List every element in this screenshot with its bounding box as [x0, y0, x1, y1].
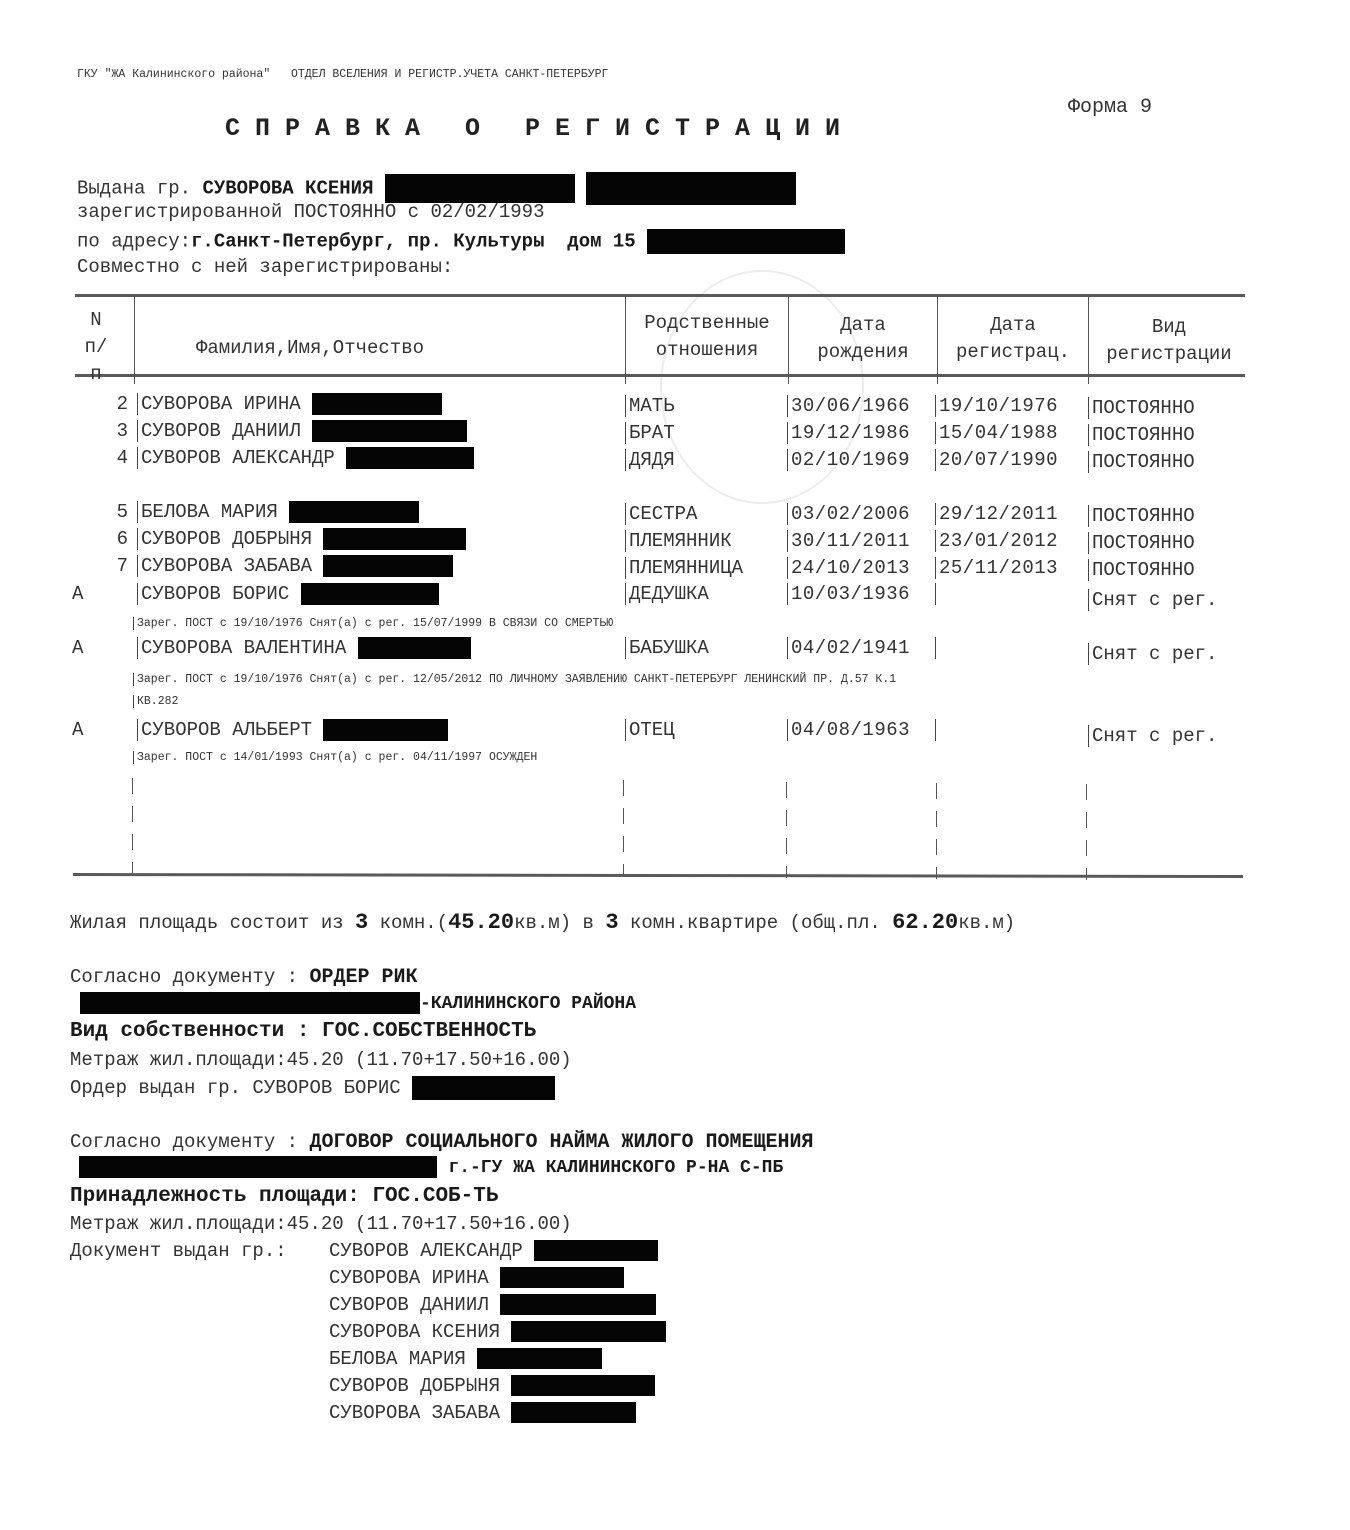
- row-reg-type: ПОСТОЯННО: [1088, 559, 1195, 581]
- row-name: СУВОРОВ БОРИС: [137, 583, 439, 605]
- recipient-item: СУВОРОВ ДОБРЫНЯ: [329, 1375, 655, 1397]
- row-reg-date: [935, 719, 939, 741]
- doc1-area: Метраж жил.площади:45.20 (11.70+17.50+16…: [70, 1049, 572, 1071]
- recipient-item: СУВОРОВ ДАНИИЛ: [329, 1294, 656, 1316]
- header-birth-l2: рождения: [790, 339, 936, 366]
- col-divider: [134, 296, 135, 384]
- row-birth: 04/02/1941: [787, 637, 910, 659]
- header-relation-l1: Родственные: [628, 310, 786, 337]
- la-text: комн.(: [368, 912, 448, 934]
- row-reg-date: [935, 583, 939, 605]
- row-name-text: СУВОРОВ ДОБРЫНЯ: [141, 528, 312, 550]
- la-text: комн.квартире (общ.пл.: [619, 912, 893, 934]
- header-birth: Датарождения: [790, 312, 936, 366]
- row-relation: ДЕДУШКА: [625, 583, 709, 605]
- redaction: [289, 501, 419, 523]
- col-divider: [1088, 296, 1089, 384]
- row-reg-type: Снят с рег.: [1088, 643, 1217, 665]
- address-line: по адресу:г.Санкт-Петербург, пр. Культур…: [77, 229, 845, 254]
- doc1-line: Согласно документу : ОРДЕР РИК: [70, 966, 417, 989]
- department-name: ОТДЕЛ ВСЕЛЕНИЯ И РЕГИСТР.УЧЕТА САНКТ-ПЕТ…: [291, 68, 608, 81]
- row-name: СУВОРОВА ВАЛЕНТИНА: [137, 637, 471, 659]
- row-reg-date: 20/07/1990: [935, 449, 1058, 471]
- row-reg-type: ПОСТОЯННО: [1088, 505, 1195, 527]
- redaction: [586, 172, 796, 205]
- row-birth: 10/03/1936: [787, 583, 910, 605]
- header-reg-type-l2: регистрации: [1090, 341, 1248, 368]
- row-num: 5: [110, 501, 128, 523]
- header-reg-type-l1: Вид: [1090, 314, 1248, 341]
- doc2-issuer: г.-ГУ ЖА КАЛИНИНСКОГО Р-НА С-ПБ: [79, 1156, 783, 1178]
- redaction: [511, 1402, 636, 1423]
- la-area: 45.20: [448, 910, 514, 935]
- redaction: [511, 1321, 666, 1342]
- recipient-item: СУВОРОВ АЛЕКСАНДР: [329, 1240, 658, 1262]
- recipient-item: БЕЛОВА МАРИЯ: [329, 1348, 602, 1370]
- doc2-issuer-suffix: г.-ГУ ЖА КАЛИНИНСКОГО Р-НА С-ПБ: [448, 1158, 783, 1178]
- row-relation: ПЛЕМЯННИК: [625, 530, 732, 552]
- doc2-area: Метраж жил.площади:45.20 (11.70+17.50+16…: [70, 1213, 572, 1235]
- redaction: [301, 583, 439, 605]
- row-reg-date: 29/12/2011: [935, 503, 1058, 525]
- la-rooms: 3: [355, 910, 368, 935]
- doc1-label: Согласно документу :: [70, 966, 309, 988]
- redaction: [477, 1348, 602, 1369]
- header-relation-l2: отношения: [628, 337, 786, 364]
- row-name-text: СУВОРОВ ДАНИИЛ: [141, 420, 301, 442]
- recipient-name: СУВОРОВ АЛЕКСАНДР: [329, 1240, 523, 1262]
- row-note-continued: КВ.282: [133, 695, 178, 708]
- row-reg-type: ПОСТОЯННО: [1088, 424, 1195, 446]
- row-reg-type: ПОСТОЯННО: [1088, 451, 1195, 473]
- row-reg-date: 23/01/2012: [935, 530, 1058, 552]
- living-area-line: Жилая площадь состоит из 3 комн.(45.20кв…: [70, 910, 1015, 935]
- row-birth: 02/10/1969: [787, 449, 910, 471]
- redaction: [79, 1156, 437, 1178]
- row-name: СУВОРОВА ИРИНА: [137, 393, 442, 415]
- col-divider: [132, 778, 133, 874]
- row-name-text: СУВОРОВА ИРИНА: [141, 393, 301, 415]
- row-relation: БАБУШКА: [625, 637, 709, 659]
- row-name: СУВОРОВ АЛЬБЕРТ: [137, 719, 448, 741]
- table-bottom-rule: [73, 873, 1243, 878]
- redaction: [346, 447, 474, 469]
- row-relation: ДЯДЯ: [625, 449, 675, 471]
- address-value: г.Санкт-Петербург, пр. Культуры дом 15: [191, 231, 636, 253]
- col-divider: [786, 782, 787, 878]
- col-divider: [623, 780, 624, 876]
- row-num: 3: [110, 420, 128, 442]
- col-divider: [625, 296, 626, 384]
- redaction: [323, 528, 466, 550]
- recipient-item: СУВОРОВА ЗАБАВА: [329, 1402, 636, 1424]
- row-num: 4: [110, 447, 128, 469]
- row-reg-date: 19/10/1976: [935, 395, 1058, 417]
- redaction: [323, 555, 453, 577]
- row-num: А: [72, 719, 83, 741]
- doc1-issuer-suffix: -КАЛИНИНСКОГО РАЙОНА: [420, 994, 636, 1014]
- header-num: Nп/п: [80, 307, 112, 388]
- row-reg-date: [935, 637, 939, 659]
- issued-name: СУВОРОВА КСЕНИЯ: [202, 178, 373, 200]
- row-name-text: СУВОРОВ АЛЬБЕРТ: [141, 719, 312, 741]
- row-birth: 30/11/2011: [787, 530, 910, 552]
- doc2-type: ДОГОВОР СОЦИАЛЬНОГО НАЙМА ЖИЛОГО ПОМЕЩЕН…: [309, 1131, 813, 1154]
- redaction: [312, 420, 467, 442]
- header-reg-date-l2: регистрац.: [938, 339, 1088, 366]
- redaction: [323, 719, 448, 741]
- redaction: [500, 1267, 624, 1288]
- row-relation: БРАТ: [625, 422, 675, 444]
- row-name: СУВОРОВ АЛЕКСАНДР: [137, 447, 474, 469]
- doc2-label: Согласно документу :: [70, 1131, 309, 1153]
- la-total: 62.20: [892, 910, 958, 935]
- la-apt-rooms: 3: [605, 910, 618, 935]
- row-birth: 19/12/1986: [787, 422, 910, 444]
- doc1-issued-name: Ордер выдан гр. СУВОРОВ БОРИС: [70, 1077, 401, 1099]
- row-birth: 30/06/1966: [787, 395, 910, 417]
- header-reg-date: Датарегистрац.: [938, 312, 1088, 366]
- redaction: [358, 637, 471, 659]
- doc2-ownership: Принадлежность площади: ГОС.СОБ-ТЬ: [70, 1185, 498, 1208]
- recipient-name: СУВОРОВА КСЕНИЯ: [329, 1321, 500, 1343]
- redaction: [80, 992, 420, 1014]
- doc1-issuer: -КАЛИНИНСКОГО РАЙОНА: [80, 992, 636, 1014]
- row-num: А: [72, 637, 83, 659]
- row-reg-type: ПОСТОЯННО: [1088, 532, 1195, 554]
- redaction: [534, 1240, 658, 1261]
- row-num: 7: [110, 555, 128, 577]
- row-reg-type: ПОСТОЯННО: [1088, 397, 1195, 419]
- recipient-item: СУВОРОВА ИРИНА: [329, 1267, 624, 1289]
- doc2-line: Согласно документу : ДОГОВОР СОЦИАЛЬНОГО…: [70, 1131, 814, 1154]
- recipient-name: СУВОРОВА ЗАБАВА: [329, 1402, 500, 1424]
- col-divider: [936, 783, 937, 879]
- row-name: СУВОРОВ ДОБРЫНЯ: [137, 528, 466, 550]
- doc1-issued-to: Ордер выдан гр. СУВОРОВ БОРИС: [70, 1076, 555, 1100]
- la-text: кв.м): [958, 912, 1015, 934]
- recipient-name: СУВОРОВ ДАНИИЛ: [329, 1294, 489, 1316]
- row-reg-type: Снят с рег.: [1088, 725, 1217, 747]
- header-reg-type: Видрегистрации: [1090, 314, 1248, 368]
- redaction: [511, 1375, 655, 1396]
- col-divider: [788, 296, 789, 384]
- address-label: по адресу:: [77, 231, 191, 253]
- doc1-type: ОРДЕР РИК: [309, 966, 417, 989]
- row-note: Зарег. ПОСТ с 19/10/1976 Снят(а) с рег. …: [133, 673, 896, 686]
- la-text: кв.м) в: [514, 912, 605, 934]
- row-name: БЕЛОВА МАРИЯ: [137, 501, 419, 523]
- row-name-text: БЕЛОВА МАРИЯ: [141, 501, 278, 523]
- recipient-name: БЕЛОВА МАРИЯ: [329, 1348, 466, 1370]
- row-relation: МАТЬ: [625, 395, 675, 417]
- row-birth: 04/08/1963: [787, 719, 910, 741]
- header-name: Фамилия,Имя,Отчество: [140, 335, 480, 362]
- redaction: [500, 1294, 656, 1315]
- header-relation: Родственныеотношения: [628, 310, 786, 364]
- table-header-rule: [75, 374, 1245, 377]
- recipient-name: СУВОРОВ ДОБРЫНЯ: [329, 1375, 500, 1397]
- row-relation: СЕСТРА: [625, 503, 697, 525]
- recipient-name: СУВОРОВА ИРИНА: [329, 1267, 489, 1289]
- col-divider: [1086, 784, 1087, 880]
- row-relation: ОТЕЦ: [625, 719, 675, 741]
- row-reg-type: Снят с рег.: [1088, 589, 1217, 611]
- table-top-rule: [75, 294, 1245, 297]
- row-note: Зарег. ПОСТ с 14/01/1993 Снят(а) с рег. …: [133, 751, 537, 764]
- row-name: СУВОРОВА ЗАБАВА: [137, 555, 453, 577]
- issued-prefix: Выдана гр.: [77, 178, 191, 200]
- form-label: Форма 9: [1068, 96, 1152, 119]
- row-relation: ПЛЕМЯННИЦА: [625, 557, 743, 579]
- row-note: Зарег. ПОСТ с 19/10/1976 Снят(а) с рег. …: [133, 617, 613, 630]
- redaction: [312, 393, 442, 415]
- doc1-ownership: Вид собственности : ГОС.СОБСТВЕННОСТЬ: [70, 1020, 536, 1043]
- header-num-l1: N: [80, 307, 112, 334]
- row-name-text: СУВОРОВА ВАЛЕНТИНА: [141, 637, 346, 659]
- page-title: СПРАВКА О РЕГИСТРАЦИИ: [225, 114, 855, 143]
- row-birth: 24/10/2013: [787, 557, 910, 579]
- row-name-text: СУВОРОВА ЗАБАВА: [141, 555, 312, 577]
- row-num: А: [72, 583, 83, 605]
- row-reg-date: 15/04/1988: [935, 422, 1058, 444]
- redaction: [385, 174, 575, 203]
- header-num-l2: п/п: [80, 334, 112, 388]
- recipient-item: СУВОРОВА КСЕНИЯ: [329, 1321, 666, 1343]
- header-reg-date-l1: Дата: [938, 312, 1088, 339]
- redaction: [647, 229, 845, 254]
- row-name: СУВОРОВ ДАНИИЛ: [137, 420, 467, 442]
- row-reg-date: 25/11/2013: [935, 557, 1058, 579]
- header-organization: ГКУ "ЖА Калининского района" ОТДЕЛ ВСЕЛЕ…: [77, 68, 608, 81]
- header-birth-l1: Дата: [790, 312, 936, 339]
- row-name-text: СУВОРОВ БОРИС: [141, 583, 289, 605]
- doc2-issued-label: Документ выдан гр.:: [70, 1240, 287, 1262]
- row-birth: 03/02/2006: [787, 503, 910, 525]
- la-text: Жилая площадь состоит из: [70, 912, 355, 934]
- organization-name: ГКУ "ЖА Калининского района": [77, 68, 270, 81]
- co-registered-label: Совместно с ней зарегистрированы:: [77, 256, 453, 278]
- redaction: [412, 1076, 555, 1100]
- row-num: 6: [110, 528, 128, 550]
- row-num: 2: [110, 393, 128, 415]
- row-name-text: СУВОРОВ АЛЕКСАНДР: [141, 447, 335, 469]
- registration-line: зарегистрированной ПОСТОЯННО с 02/02/199…: [77, 201, 544, 223]
